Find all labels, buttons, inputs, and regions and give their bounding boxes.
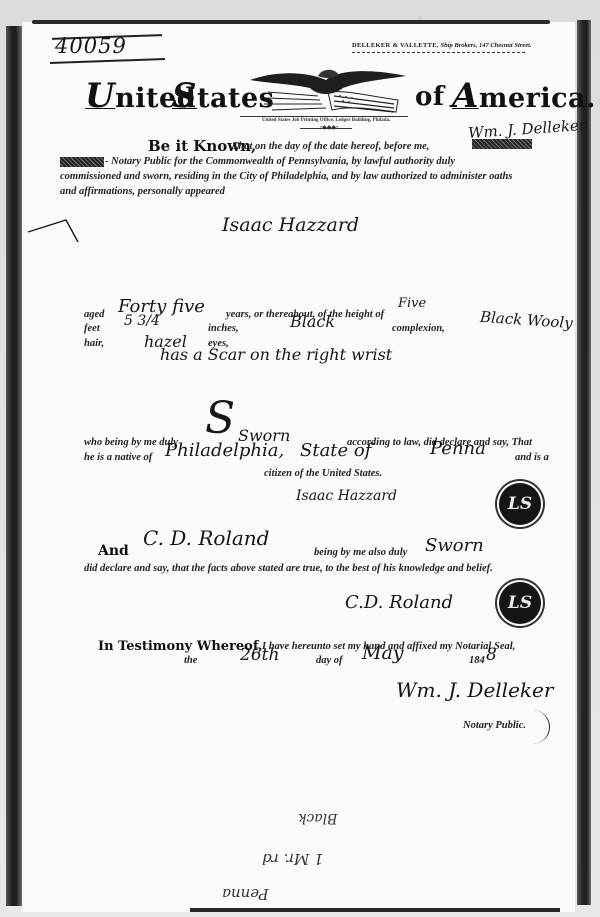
distinguishing-marks: has a Scar on the right wrist — [160, 345, 392, 364]
native-city: Philadelphia, — [165, 440, 284, 461]
ornament-dots: •◆◆◆• — [320, 124, 338, 131]
day-value: 26th — [240, 645, 279, 665]
appearant-signature: Isaac Hazzard — [296, 488, 397, 504]
page-edge-left — [6, 26, 22, 906]
citizen-label: citizen of the United States. — [264, 468, 382, 479]
the-label: the — [184, 655, 197, 666]
hair-label: hair, — [84, 338, 104, 349]
bleedthrough-text: Penna — [222, 885, 269, 903]
preamble-line-1: That on the day of the date hereof, befo… — [232, 141, 429, 152]
title-of: of — [415, 82, 445, 112]
preamble-line-2: - Notary Public for the Commonwealth of … — [105, 156, 455, 167]
month-value: May — [362, 642, 404, 664]
firm-underline — [352, 52, 527, 53]
page-edge-top — [32, 20, 550, 24]
feet-label: feet — [84, 323, 100, 334]
and-label: And — [98, 543, 129, 559]
eagle-icon — [248, 66, 408, 118]
day-of-label: day of — [316, 655, 343, 666]
appearant-name: Isaac Hazzard — [222, 214, 359, 236]
declare-label: did declare and say, that the facts abov… — [84, 563, 493, 574]
certificate-number: 40059 — [55, 34, 127, 58]
margin-check-mark-icon — [26, 216, 82, 246]
year-prefix: 184 — [469, 655, 485, 666]
page-edge-bottom — [190, 908, 560, 912]
preamble-line-3: commissioned and sworn, residing in the … — [60, 171, 512, 182]
native-label: he is a native of — [84, 452, 152, 463]
complexion-label: complexion, — [392, 323, 445, 334]
preamble-line-4: and affirmations, personally appeared — [60, 186, 225, 197]
firm-line: DELLEKER & VALLETTE, Ship Brokers, 147 C… — [352, 42, 532, 49]
witness-sworn-value: Sworn — [425, 535, 484, 556]
complexion-value: Black — [290, 312, 335, 331]
native-state-word: State of — [300, 440, 371, 461]
printer-line: United States Job Printing Office, Ledge… — [262, 118, 390, 123]
firm-name: DELLEKER & VALLETTE, — [352, 42, 439, 49]
notarial-seal-icon: LS — [499, 582, 541, 624]
firm-address: Ship Brokers, 147 Chesnut Street. — [440, 42, 531, 49]
also-sworn-label: being by me also duly — [314, 547, 407, 558]
struck-out-name — [60, 157, 104, 167]
bleedthrough-text: 1 Mr. rd — [262, 850, 324, 868]
bleedthrough-text: Black — [298, 810, 337, 826]
year-digit: 8 — [486, 645, 497, 665]
aged-label: aged — [84, 309, 104, 320]
eagle-rule — [240, 116, 408, 117]
native-state: Penna — [430, 438, 486, 459]
height-inches-value: 5 3/4 — [124, 313, 160, 329]
sworn-label: who being by me duly — [84, 437, 178, 448]
witness-name: C. D. Roland — [143, 526, 269, 550]
notarial-seal-icon: LS — [499, 483, 541, 525]
flourish-s: S — [205, 393, 235, 444]
height-feet-value: Five — [398, 296, 426, 311]
page-edge-right — [577, 20, 591, 905]
witness-signature: C.D. Roland — [345, 592, 453, 613]
notary-title: Notary Public. — [463, 720, 526, 731]
inches-label: inches, — [208, 323, 239, 334]
testimony-heading: In Testimony Whereof, — [98, 639, 263, 654]
notary-signature: Wm. J. Delleker — [396, 678, 553, 702]
is-a-label: and is a — [515, 452, 549, 463]
title-america: America. — [452, 76, 596, 116]
struck-out-name — [472, 139, 532, 149]
